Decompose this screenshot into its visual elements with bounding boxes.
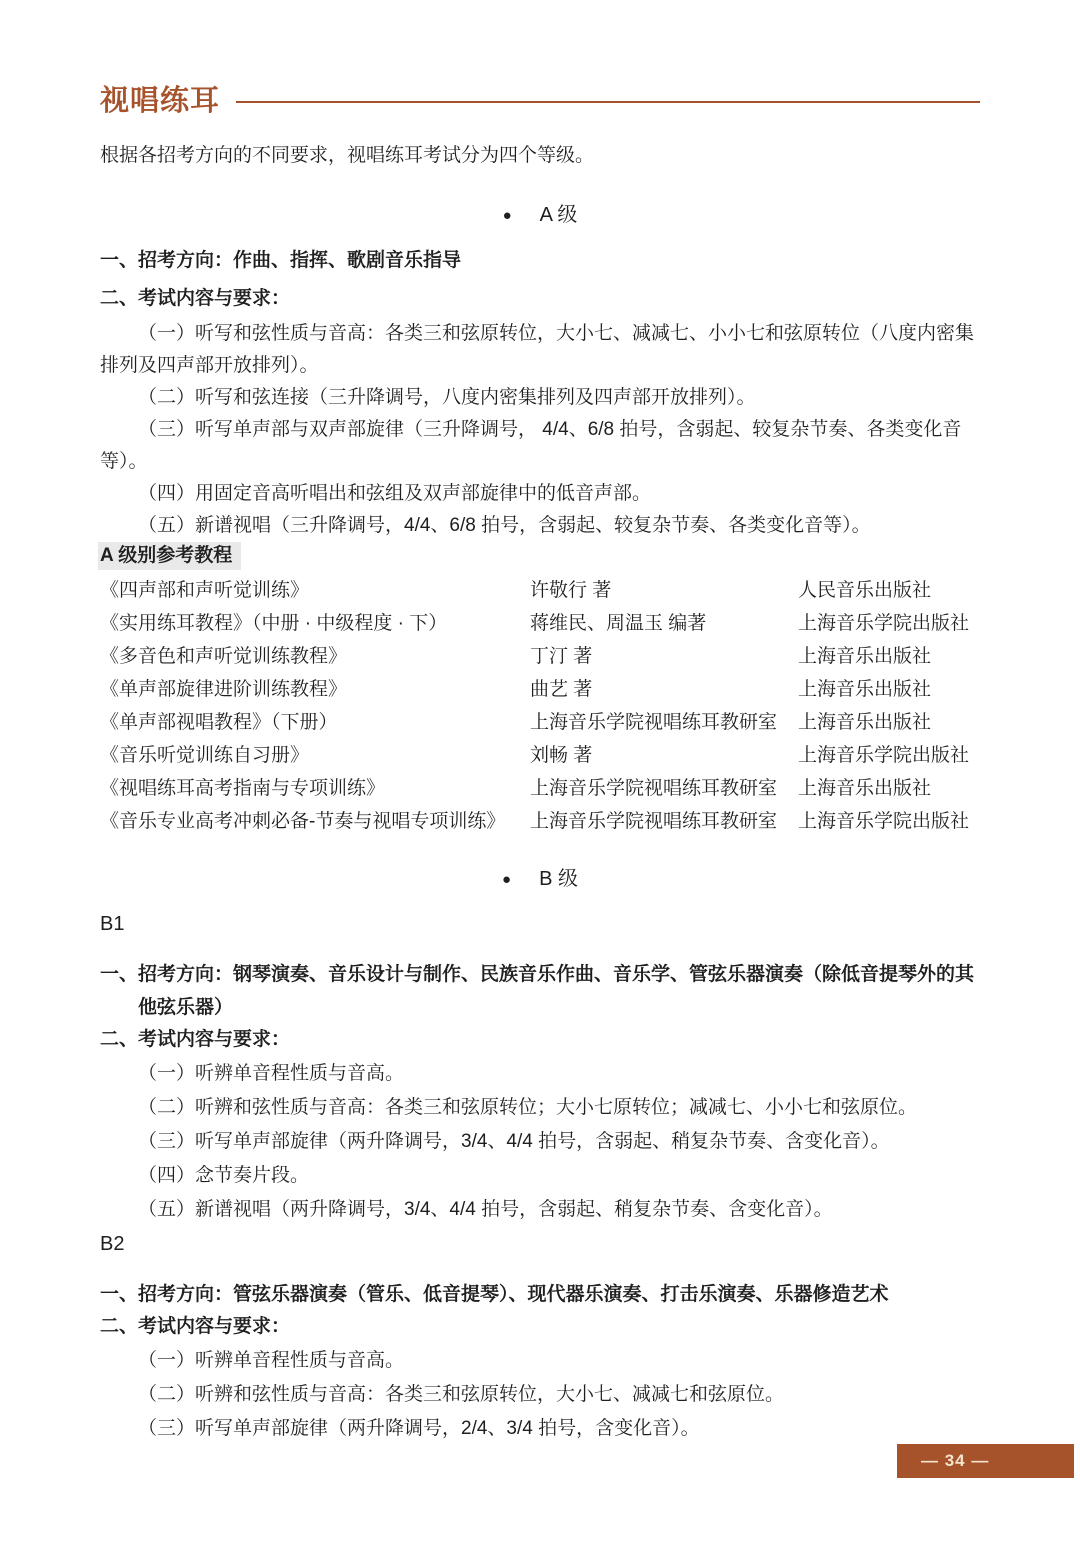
- section-a-direction: 一、招考方向：作曲、指挥、歌剧音乐指导: [100, 242, 980, 280]
- book-author: 刘畅 著: [530, 739, 798, 772]
- requirement-item: （四）用固定音高听唱出和弦组及双声部旋律中的低音声部。: [100, 478, 980, 510]
- reference-heading: A 级别参考教程: [98, 542, 241, 570]
- section-b2-direction: 一、招考方向：管弦乐器演奏（管乐、低音提琴）、现代器乐演奏、打击乐演奏、乐器修造…: [100, 1279, 980, 1312]
- book-row: 《单声部旋律进阶训练教程》 曲艺 著 上海音乐出版社: [100, 673, 980, 706]
- book-author: 丁汀 著: [530, 640, 798, 673]
- book-author: 蒋维民、周温玉 编著: [530, 607, 798, 640]
- book-publisher: 上海音乐学院出版社: [798, 805, 980, 838]
- document-page: 视唱练耳 根据各招考方向的不同要求，视唱练耳考试分为四个等级。 ●A 级 一、招…: [0, 0, 1080, 1446]
- book-publisher: 上海音乐出版社: [798, 772, 980, 805]
- book-row: 《音乐听觉训练自习册》 刘畅 著 上海音乐学院出版社: [100, 739, 980, 772]
- sublevel-b2-label: B2: [100, 1231, 980, 1257]
- book-title: 《多音色和声听觉训练教程》: [100, 640, 530, 673]
- intro-text: 根据各招考方向的不同要求，视唱练耳考试分为四个等级。: [100, 143, 980, 169]
- requirement-item: （一）听辨单音程性质与音高。: [100, 1344, 980, 1378]
- book-author: 上海音乐学院视唱练耳教研室: [530, 706, 798, 739]
- book-row: 《实用练耳教程》（中册 · 中级程度 · 下） 蒋维民、周温玉 编著 上海音乐学…: [100, 607, 980, 640]
- book-publisher: 人民音乐出版社: [798, 574, 980, 607]
- book-title: 《音乐专业高考冲刺必备-节奏与视唱专项训练》: [100, 805, 530, 838]
- book-publisher: 上海音乐出版社: [798, 673, 980, 706]
- book-title: 《实用练耳教程》（中册 · 中级程度 · 下）: [100, 607, 530, 640]
- requirement-item: （三）听写单声部旋律（两升降调号，2/4、3/4 拍号，含变化音）。: [100, 1412, 980, 1446]
- section-a-requirements-label: 二、考试内容与要求：: [100, 280, 980, 318]
- section-b1-direction: 一、招考方向：钢琴演奏、音乐设计与制作、民族音乐作曲、音乐学、管弦乐器演奏（除低…: [100, 959, 980, 1024]
- book-title: 《单声部旋律进阶训练教程》: [100, 673, 530, 706]
- level-b-heading: ●B 级: [100, 866, 980, 893]
- book-author: 上海音乐学院视唱练耳教研室: [530, 772, 798, 805]
- title-rule-divider: [236, 101, 980, 103]
- book-publisher: 上海音乐出版社: [798, 706, 980, 739]
- book-row: 《视唱练耳高考指南与专项训练》 上海音乐学院视唱练耳教研室 上海音乐出版社: [100, 772, 980, 805]
- requirement-item: （五）新谱视唱（三升降调号，4/4、6/8 拍号，含弱起、较复杂节奏、各类变化音…: [100, 510, 980, 542]
- book-publisher: 上海音乐出版社: [798, 640, 980, 673]
- book-row: 《单声部视唱教程》（下册） 上海音乐学院视唱练耳教研室 上海音乐出版社: [100, 706, 980, 739]
- book-row: 《四声部和声听觉训练》 许敬行 著 人民音乐出版社: [100, 574, 980, 607]
- book-author: 许敬行 著: [530, 574, 798, 607]
- book-title: 《单声部视唱教程》（下册）: [100, 706, 530, 739]
- level-a-label: A 级: [540, 204, 578, 226]
- book-row: 《多音色和声听觉训练教程》 丁汀 著 上海音乐出版社: [100, 640, 980, 673]
- book-title: 《四声部和声听觉训练》: [100, 574, 530, 607]
- requirement-item: （五）新谱视唱（两升降调号，3/4、4/4 拍号，含弱起、稍复杂节奏、含变化音）…: [100, 1193, 980, 1227]
- sublevel-b1-label: B1: [100, 911, 980, 937]
- requirement-item: （二）听写和弦连接（三升降调号，八度内密集排列及四声部开放排列）。: [100, 382, 980, 414]
- page-title: 视唱练耳: [100, 84, 220, 118]
- section-a-items: （一）听写和弦性质与音高：各类三和弦原转位，大小七、减减七、小小七和弦原转位（八…: [100, 318, 980, 542]
- requirement-item: （三）听写单声部与双声部旋律（三升降调号， 4/4、6/8 拍号，含弱起、较复杂…: [100, 414, 980, 478]
- requirement-item: （四）念节奏片段。: [100, 1159, 980, 1193]
- book-author: 曲艺 著: [530, 673, 798, 706]
- book-title: 《视唱练耳高考指南与专项训练》: [100, 772, 530, 805]
- book-row: 《音乐专业高考冲刺必备-节奏与视唱专项训练》 上海音乐学院视唱练耳教研室 上海音…: [100, 805, 980, 838]
- section-b2-items: （一）听辨单音程性质与音高。 （二）听辨和弦性质与音高：各类三和弦原转位，大小七…: [100, 1344, 980, 1446]
- book-author: 上海音乐学院视唱练耳教研室: [530, 805, 798, 838]
- section-b1-items: （一）听辨单音程性质与音高。 （二）听辨和弦性质与音高：各类三和弦原转位；大小七…: [100, 1057, 980, 1227]
- level-b-label: B 级: [539, 868, 578, 890]
- book-title: 《音乐听觉训练自习册》: [100, 739, 530, 772]
- title-row: 视唱练耳: [100, 84, 980, 118]
- requirement-item: （一）听辨单音程性质与音高。: [100, 1057, 980, 1091]
- page-number-badge: — 34 —: [897, 1444, 1074, 1478]
- bullet-icon: ●: [502, 871, 511, 888]
- section-b1-requirements-label: 二、考试内容与要求：: [100, 1024, 980, 1057]
- bullet-icon: ●: [503, 207, 512, 224]
- book-table: 《四声部和声听觉训练》 许敬行 著 人民音乐出版社 《实用练耳教程》（中册 · …: [100, 574, 980, 838]
- level-a-heading: ●A 级: [100, 205, 980, 226]
- book-publisher: 上海音乐学院出版社: [798, 607, 980, 640]
- requirement-item: （二）听辨和弦性质与音高：各类三和弦原转位；大小七原转位；减减七、小小七和弦原位…: [100, 1091, 980, 1125]
- requirement-item: （一）听写和弦性质与音高：各类三和弦原转位，大小七、减减七、小小七和弦原转位（八…: [100, 318, 980, 382]
- requirement-item: （三）听写单声部旋律（两升降调号，3/4、4/4 拍号，含弱起、稍复杂节奏、含变…: [100, 1125, 980, 1159]
- section-b2-requirements-label: 二、考试内容与要求：: [100, 1311, 980, 1344]
- requirement-item: （二）听辨和弦性质与音高：各类三和弦原转位，大小七、减减七和弦原位。: [100, 1378, 980, 1412]
- book-publisher: 上海音乐学院出版社: [798, 739, 980, 772]
